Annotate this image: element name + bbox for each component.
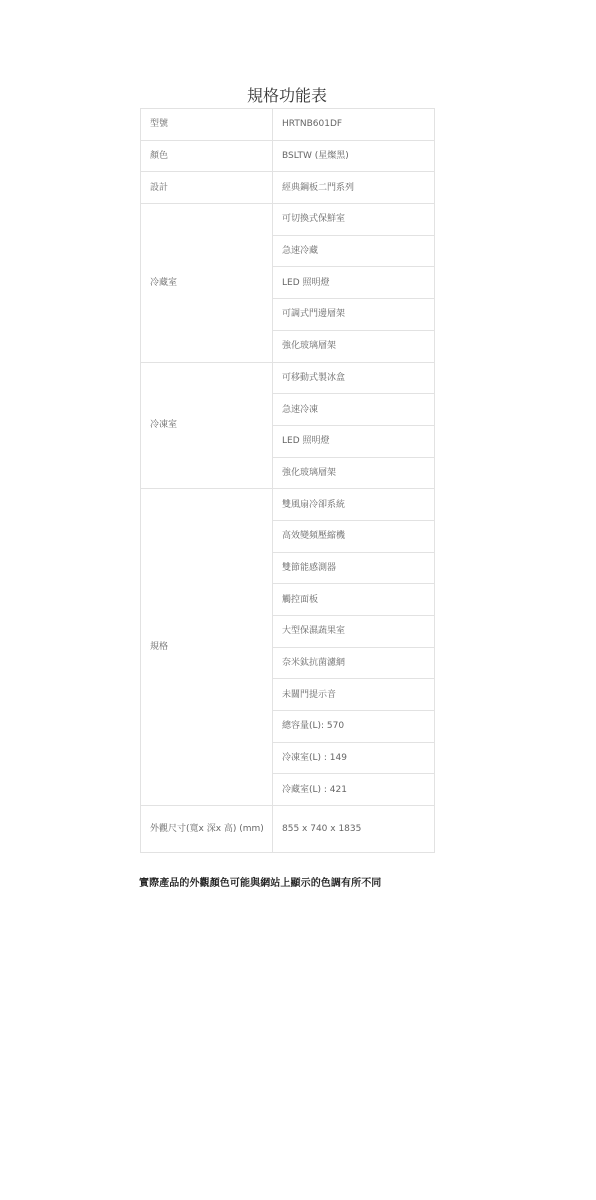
group-item: 強化玻璃層架 bbox=[273, 457, 435, 489]
row-value-color: BSLTW (星燦黑) bbox=[273, 140, 435, 172]
table-row: 冷凍室 可移動式製冰盒 bbox=[141, 362, 435, 394]
page-title: 規格功能表 bbox=[140, 86, 434, 106]
row-value-model: HRTNB601DF bbox=[273, 109, 435, 141]
row-value-dimensions: 855 x 740 x 1835 bbox=[273, 806, 435, 853]
group-item: 總容量(L): 570 bbox=[273, 711, 435, 743]
table-row: 型號 HRTNB601DF bbox=[141, 109, 435, 141]
table-row: 冷藏室 可切換式保鮮室 bbox=[141, 204, 435, 236]
group-label-freezer: 冷凍室 bbox=[141, 362, 273, 489]
group-item: 大型保濕蔬果室 bbox=[273, 616, 435, 648]
group-item: 觸控面板 bbox=[273, 584, 435, 616]
row-value-design: 經典鋼板二門系列 bbox=[273, 172, 435, 204]
group-item: 急速冷凍 bbox=[273, 394, 435, 426]
row-label-dimensions: 外觀尺寸(寬x 深x 高) (mm) bbox=[141, 806, 273, 853]
group-item: 可移動式製冰盒 bbox=[273, 362, 435, 394]
group-item: 可切換式保鮮室 bbox=[273, 204, 435, 236]
row-label-color: 顏色 bbox=[141, 140, 273, 172]
group-item: 雙風扇冷卻系統 bbox=[273, 489, 435, 521]
color-disclaimer-note: 實際產品的外觀顏色可能與網站上顯示的色調有所不同 bbox=[139, 874, 381, 889]
group-item: 冷藏室(L) : 421 bbox=[273, 774, 435, 806]
group-item: 未關門提示音 bbox=[273, 679, 435, 711]
group-item: 奈米鈦抗菌濾網 bbox=[273, 647, 435, 679]
group-label-specs: 規格 bbox=[141, 489, 273, 806]
table-row: 外觀尺寸(寬x 深x 高) (mm) 855 x 740 x 1835 bbox=[141, 806, 435, 853]
group-item: 可調式門邊層架 bbox=[273, 299, 435, 331]
group-item: LED 照明燈 bbox=[273, 425, 435, 457]
group-item: 冷凍室(L) : 149 bbox=[273, 742, 435, 774]
group-item: 雙節能感測器 bbox=[273, 552, 435, 584]
group-label-fridge: 冷藏室 bbox=[141, 204, 273, 362]
spec-table: 型號 HRTNB601DF 顏色 BSLTW (星燦黑) 設計 經典鋼板二門系列… bbox=[140, 108, 435, 853]
row-label-model: 型號 bbox=[141, 109, 273, 141]
group-item: 高效變頻壓縮機 bbox=[273, 520, 435, 552]
table-row: 設計 經典鋼板二門系列 bbox=[141, 172, 435, 204]
group-item: LED 照明燈 bbox=[273, 267, 435, 299]
group-item: 急速冷藏 bbox=[273, 235, 435, 267]
group-item: 強化玻璃層架 bbox=[273, 330, 435, 362]
table-row: 顏色 BSLTW (星燦黑) bbox=[141, 140, 435, 172]
row-label-design: 設計 bbox=[141, 172, 273, 204]
table-row: 規格 雙風扇冷卻系統 bbox=[141, 489, 435, 521]
